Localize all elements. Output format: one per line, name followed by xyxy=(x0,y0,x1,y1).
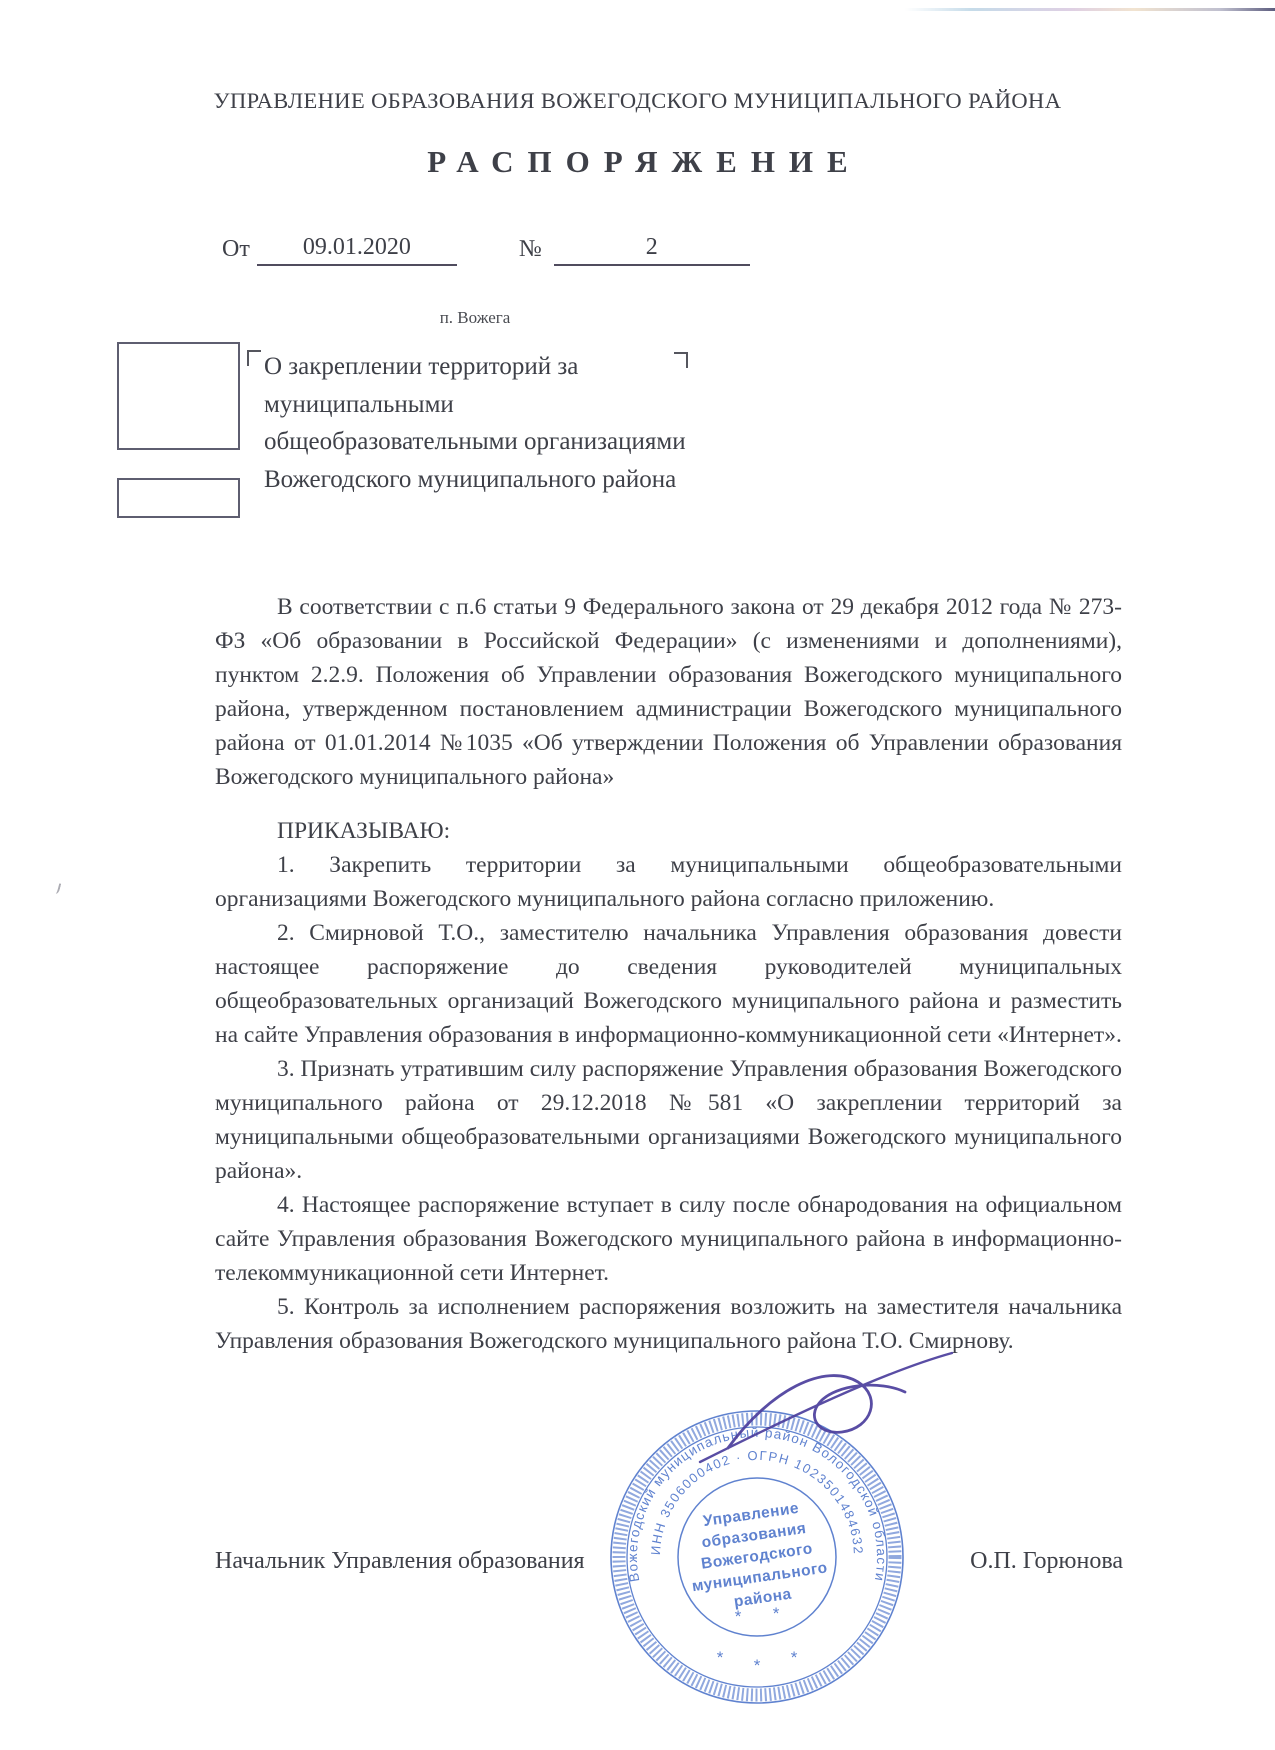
registration-box-large xyxy=(117,342,240,450)
subject-line: Вожегодского муниципального района xyxy=(264,461,716,499)
svg-text:*: * xyxy=(773,1604,780,1623)
date-number-line: От 09.01.2020 № 2 xyxy=(222,234,750,266)
svg-text:*: * xyxy=(754,1656,761,1675)
svg-text:*: * xyxy=(791,1648,798,1667)
document-body: В соответствии с п.6 статьи 9 Федерально… xyxy=(215,590,1122,1358)
document-subject: О закреплении территорий за муниципальны… xyxy=(264,348,716,498)
subject-line: муниципальными xyxy=(264,386,716,424)
organization-name: УПРАВЛЕНИЕ ОБРАЗОВАНИЯ ВОЖЕГОДСКОГО МУНИ… xyxy=(0,88,1275,114)
scan-artifact-line xyxy=(905,8,1275,11)
order-item: 3. Признать утратившим силу распоряжение… xyxy=(215,1052,1122,1188)
order-item: 4. Настоящее распоряжение вступает в сил… xyxy=(215,1188,1122,1290)
svg-text:*: * xyxy=(717,1648,724,1667)
handwritten-signature xyxy=(700,1353,952,1462)
date-value: 09.01.2020 xyxy=(257,234,457,266)
date-label: От xyxy=(222,236,250,266)
registration-box-small xyxy=(117,478,240,518)
scan-stray-mark xyxy=(54,883,62,895)
subject-line: общеобразовательными организациями xyxy=(264,423,716,461)
order-item: 1. Закрепить территории за муниципальным… xyxy=(215,848,1122,916)
scanned-document-page: УПРАВЛЕНИЕ ОБРАЗОВАНИЯ ВОЖЕГОДСКОГО МУНИ… xyxy=(0,0,1275,1750)
intro-paragraph: В соответствии с п.6 статьи 9 Федерально… xyxy=(215,590,1122,794)
number-value: 2 xyxy=(554,234,750,266)
place-line: п. Вожега xyxy=(0,308,950,328)
svg-text:*: * xyxy=(735,1607,742,1626)
stamp-center-text: Управление образования Вожегодского муни… xyxy=(682,1497,831,1616)
document-type-title: РАСПОРЯЖЕНИЕ xyxy=(0,144,1275,180)
subject-corner-mark-left xyxy=(247,350,261,366)
signature-flourish-stroke xyxy=(700,1353,952,1462)
resolution-heading: ПРИКАЗЫВАЮ: xyxy=(215,814,1122,848)
signer-name: О.П. Горюнова xyxy=(970,1548,1123,1575)
stamp-asterisks: * * * * * xyxy=(717,1604,798,1675)
number-label: № xyxy=(519,236,542,266)
signer-position: Начальник Управления образования xyxy=(215,1548,585,1575)
svg-text:района: района xyxy=(733,1586,793,1611)
subject-line: О закреплении территорий за xyxy=(264,348,716,386)
order-item: 2. Смирновой Т.О., заместителю начальник… xyxy=(215,916,1122,1052)
official-round-stamp: Вожегодский муниципальный район Вологодс… xyxy=(590,1330,990,1720)
